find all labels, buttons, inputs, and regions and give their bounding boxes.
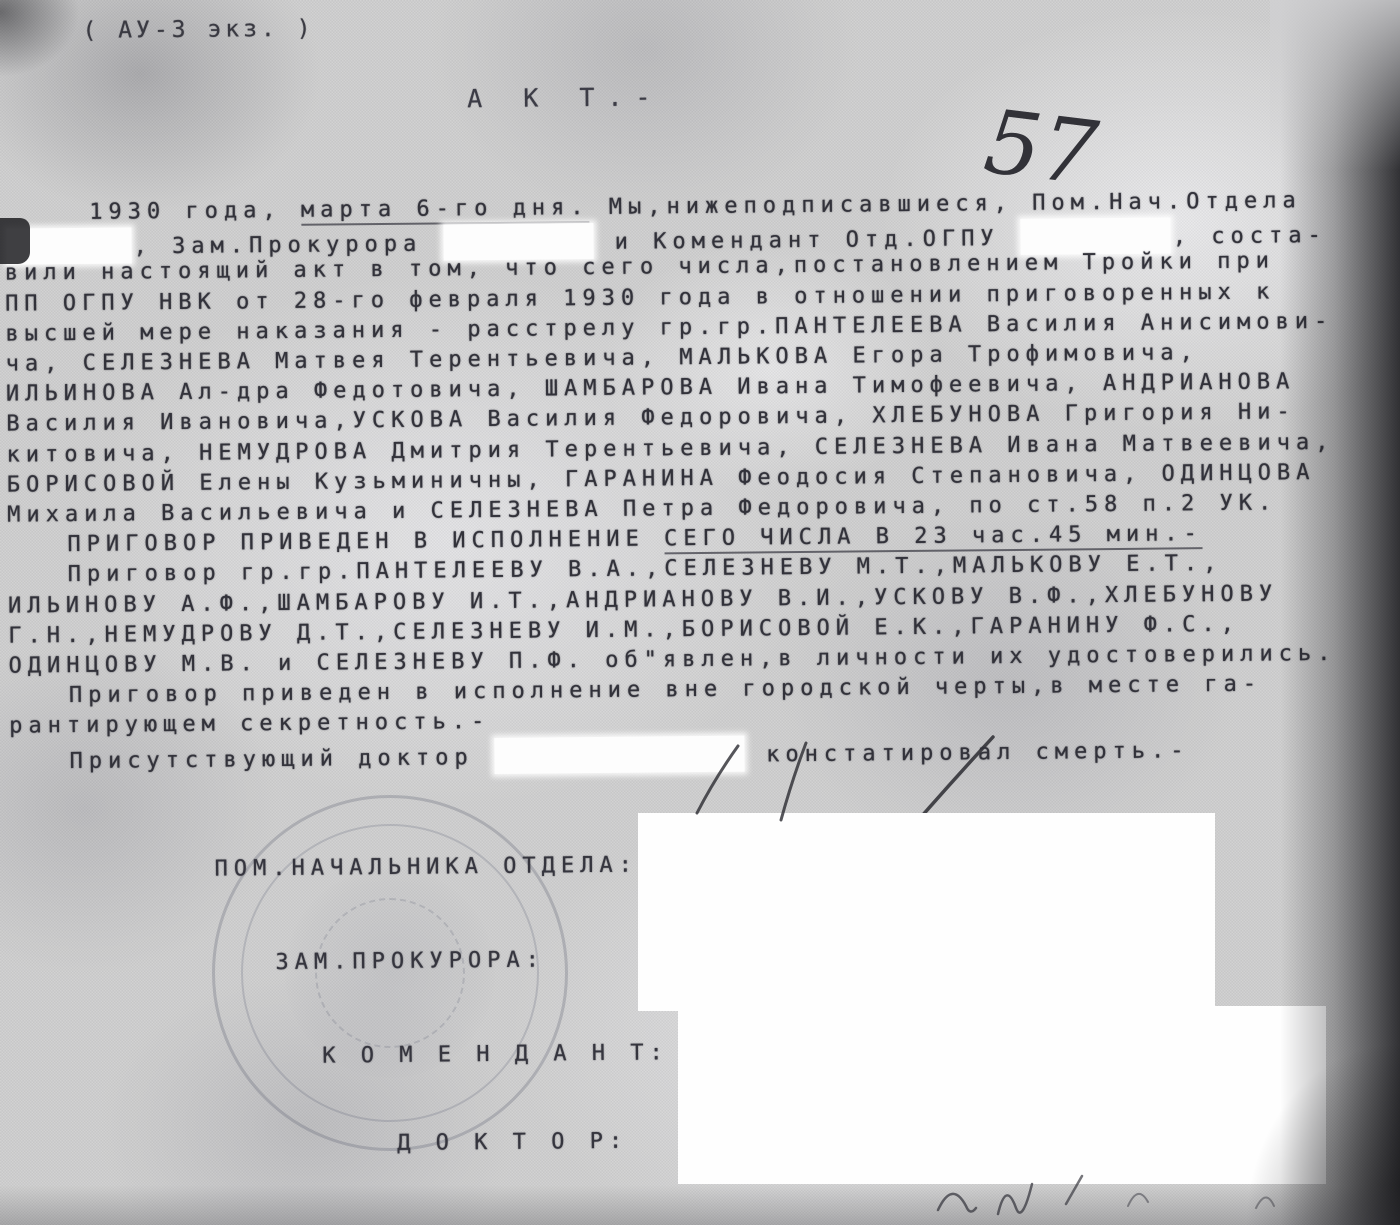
handwritten-page-number: 57 [979,90,1103,206]
inline-redaction-box [495,735,745,773]
text-line: Присутствующий доктор констатировал смер… [9,730,1400,780]
ink-blob-left-edge [0,218,30,264]
scanned-document-page: ( АУ-3 экз. ) А К Т.- 1930 года, марта 6… [0,0,1400,1225]
text-segment: марта 6-го дня. [301,195,590,226]
text-segment: Присутствующий доктор [69,745,493,774]
text-segment: констатировал смерть.- [747,738,1190,767]
copy-count-note: ( АУ-3 экз. ) [82,16,314,44]
signature-line-doktor: Д О К Т О Р: [397,1129,628,1156]
redaction-box-signatures-upper [638,813,1215,1011]
text-segment: , Зам.Прокурора [133,232,441,260]
text-segment: 1930 года, [89,198,301,225]
signature-line-zam-prokurora: ЗАМ.ПРОКУРОРА: [275,948,545,976]
text-segment: СЕГО ЧИСЛА В 23 час.45 мин.- [664,521,1203,554]
text-segment: рантирующем секретность.- [9,709,490,739]
document-title: А К Т.- [467,82,664,113]
text-segment: Приговор гр.гр.ПАНТЕЛЕЕВУ В.А.,СЕЛЕЗНЕВУ… [68,551,1223,587]
signature-line-komendant: К О М Е Н Д А Н Т: [322,1040,669,1068]
text-segment: Мы,нижеподписавшиеся, Пом.Нач.Отдела [589,188,1301,220]
text-segment: , соста- [1173,223,1327,249]
redaction-box-signatures-lower [678,1006,1326,1184]
signature-line-pom-nachalnika: ПОМ.НАЧАЛЬНИКА ОТДЕЛА: [214,853,638,882]
text-segment: ПРИГОВОР ПРИВЕДЕН В ИСПОЛНЕНИЕ [67,527,664,558]
